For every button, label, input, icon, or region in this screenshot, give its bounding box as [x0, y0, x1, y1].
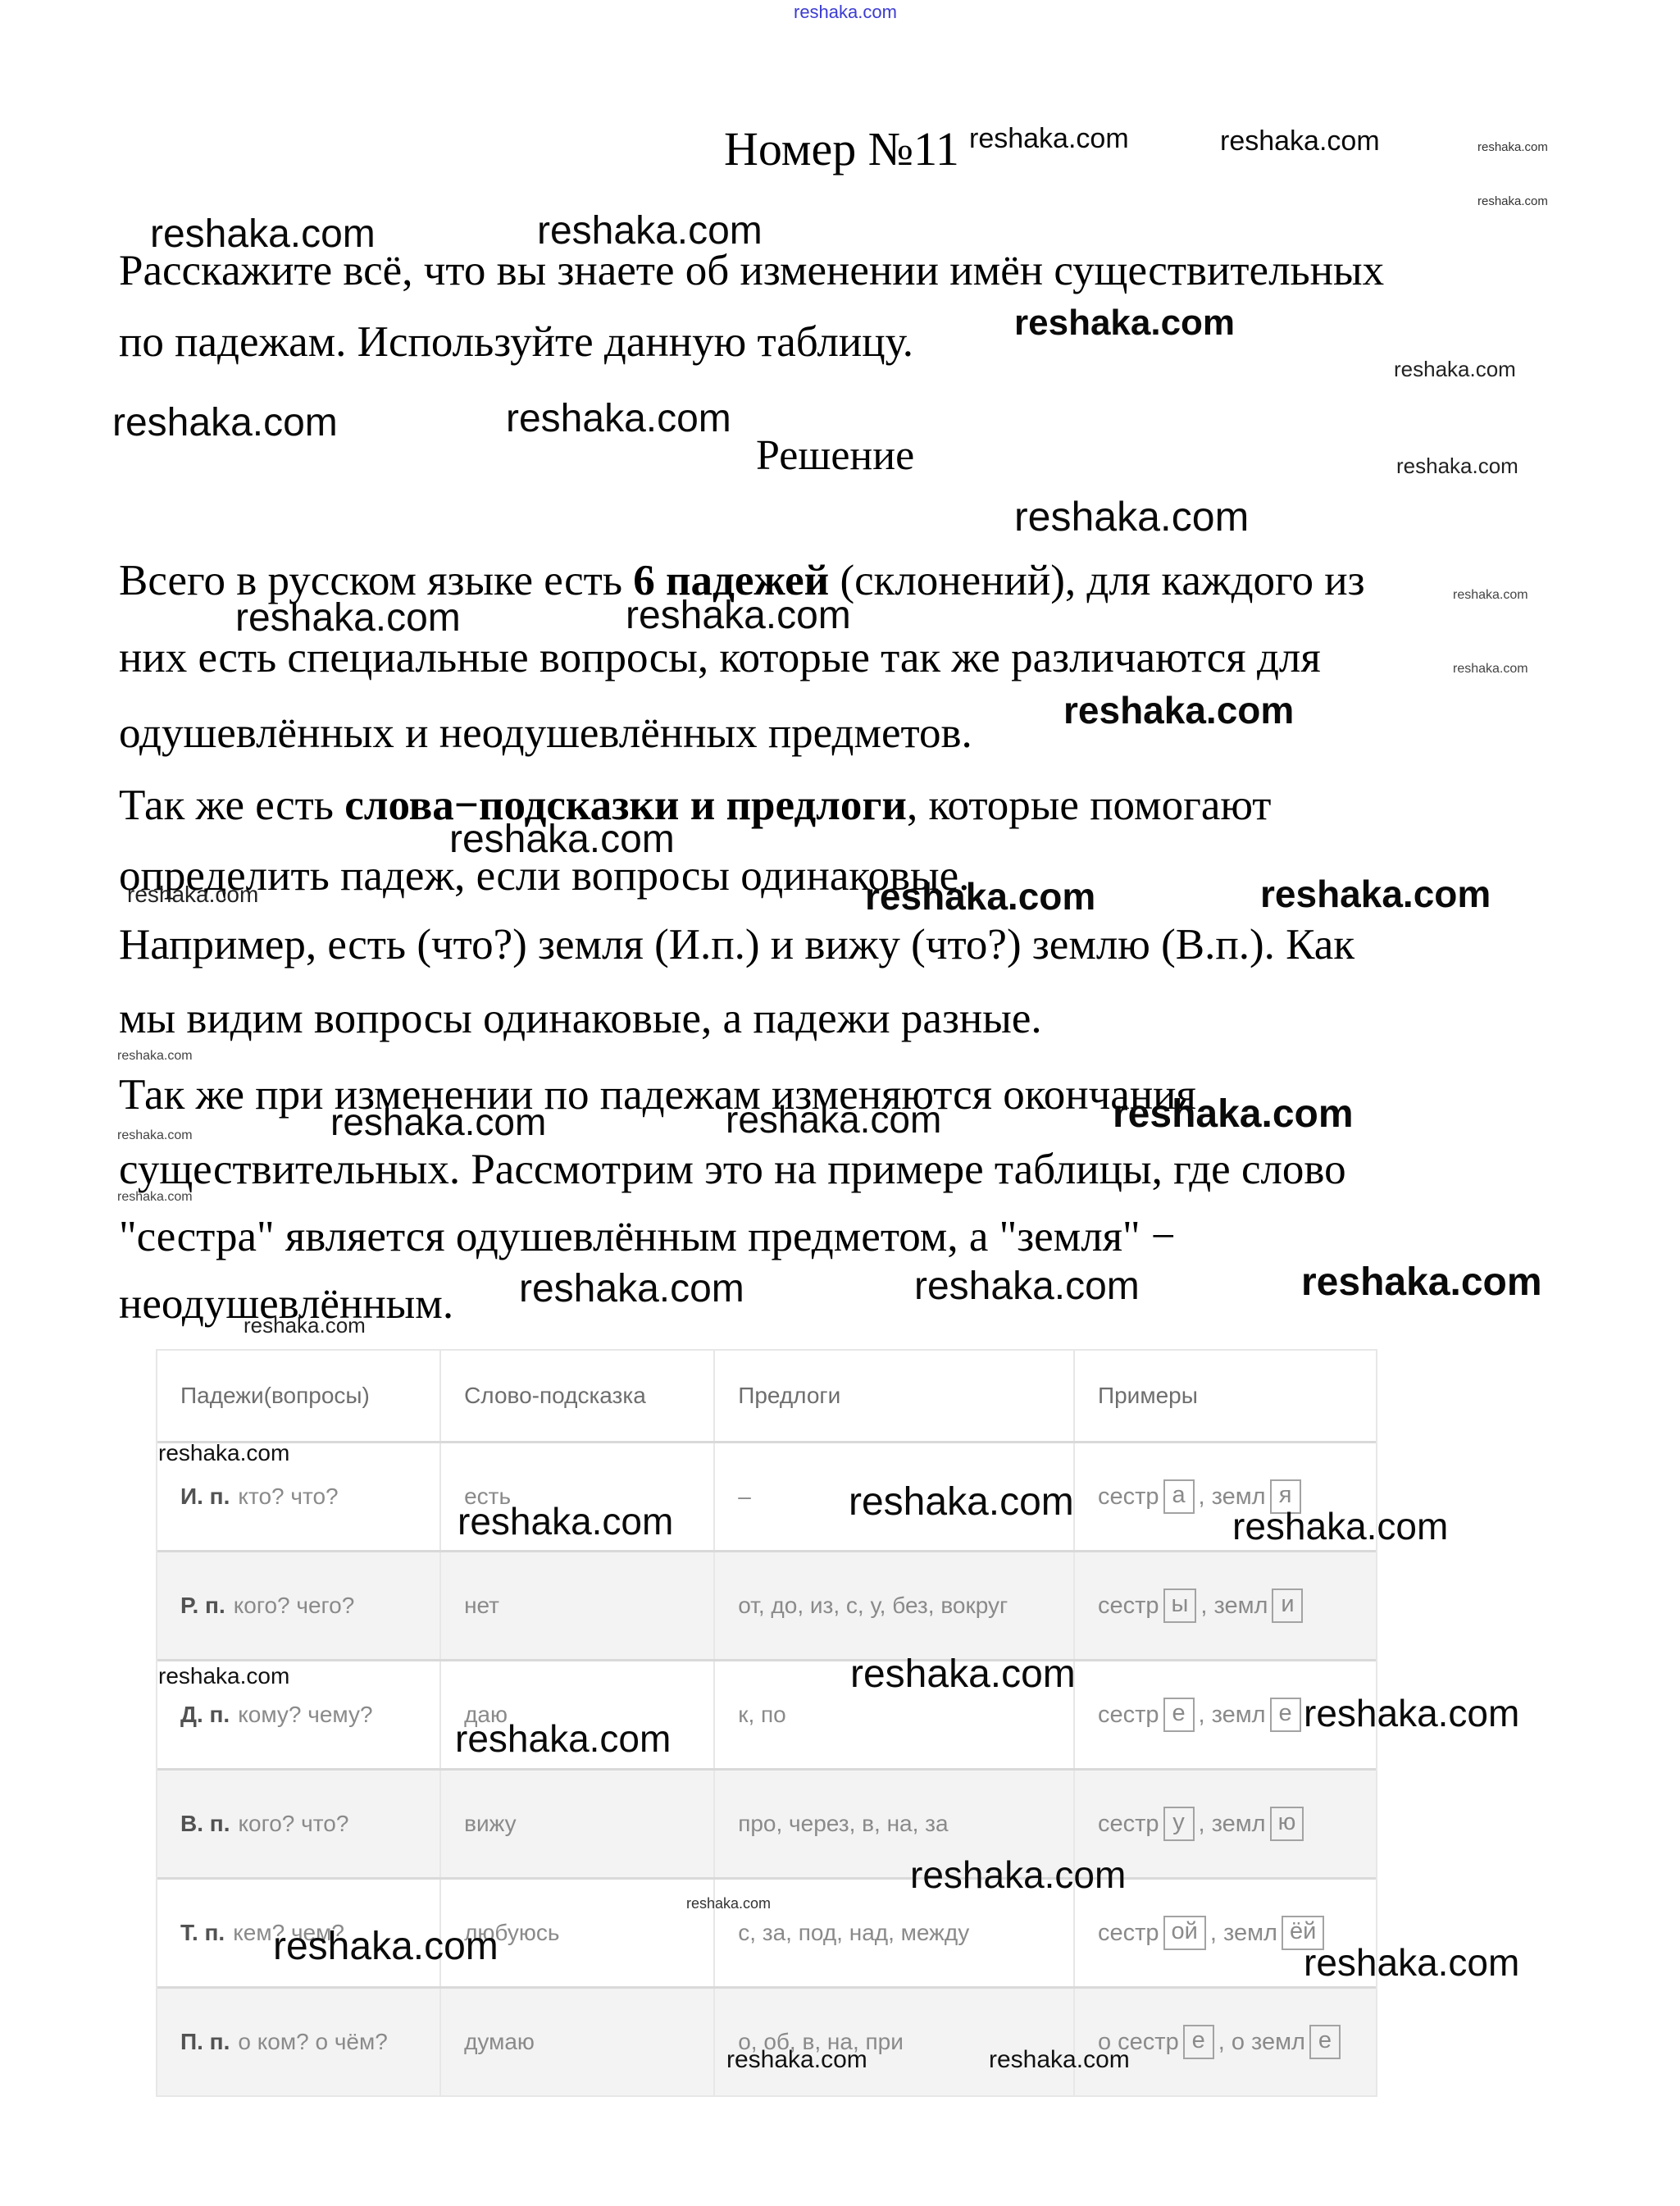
- solution-heading: Решение: [756, 431, 914, 480]
- watermark: reshaka.com: [1014, 305, 1235, 341]
- watermark: reshaka.com: [537, 212, 763, 251]
- ending-box: е: [1309, 2025, 1341, 2058]
- ending-box: у: [1163, 1807, 1195, 1840]
- watermark: reshaka.com: [969, 125, 1129, 153]
- ending-box: ю: [1270, 1807, 1304, 1840]
- prepositions-cell: о, об, в, на, при: [713, 1989, 1073, 2095]
- question-line: по падежам. Используйте данную таблицу.: [119, 317, 913, 367]
- watermark: reshaka.com: [849, 1483, 1074, 1522]
- watermark: reshaka.com: [158, 1442, 289, 1465]
- watermark: reshaka.com: [1063, 691, 1294, 729]
- table-row: Д. п.кому? чему? даю к, по сестре, земле: [157, 1659, 1376, 1768]
- watermark: reshaka.com: [330, 1103, 546, 1141]
- solution-line: одушевлённых и неодушевлённых предметов.: [119, 709, 972, 759]
- ending-box: ы: [1163, 1588, 1197, 1622]
- watermark: reshaka.com: [112, 403, 338, 443]
- watermark: reshaka.com: [506, 399, 731, 439]
- case-cell: Р. п.кого? чего?: [157, 1552, 439, 1659]
- watermark: reshaka.com: [1477, 141, 1548, 153]
- solution-line: Например, есть (что?) земля (И.п.) и виж…: [119, 920, 1354, 970]
- table-row: В. п.кого? что? вижу про, через, в, на, …: [157, 1768, 1376, 1877]
- ending-box: а: [1163, 1479, 1195, 1513]
- prepositions-cell: от, до, из, с, у, без, вокруг: [713, 1552, 1073, 1659]
- table-header-cell: Примеры: [1073, 1351, 1376, 1441]
- watermark: reshaka.com: [117, 1129, 193, 1142]
- watermark: reshaka.com: [1301, 1263, 1542, 1302]
- watermark: reshaka.com: [244, 1315, 366, 1336]
- watermark: reshaka.com: [1232, 1507, 1448, 1545]
- watermark: reshaka.com: [1304, 1944, 1519, 1981]
- watermark: reshaka.com: [117, 1050, 193, 1063]
- watermark: reshaka.com: [1394, 358, 1516, 380]
- watermark: reshaka.com: [1477, 195, 1548, 207]
- case-cell: В. п.кого? что?: [157, 1771, 439, 1877]
- solution-line: существительных. Рассмотрим это на приме…: [119, 1145, 1346, 1195]
- watermark: reshaka.com: [158, 1665, 289, 1688]
- table-header-cell: Слово-подсказка: [439, 1351, 713, 1441]
- watermark: reshaka.com: [989, 2048, 1130, 2072]
- watermark: reshaka.com: [117, 1191, 193, 1204]
- example-cell: о сестре, о земле: [1073, 1989, 1376, 2095]
- solution-line: Так же при изменении по падежам изменяют…: [119, 1070, 1196, 1120]
- watermark: reshaka.com: [1113, 1095, 1354, 1134]
- hint-cell: вижу: [439, 1771, 713, 1877]
- example-cell: сестры, земли: [1073, 1552, 1376, 1659]
- watermark: reshaka.com: [1304, 1694, 1519, 1732]
- watermark: reshaka.com: [850, 1655, 1076, 1694]
- ending-box: е: [1270, 1698, 1301, 1731]
- watermark: reshaka.com: [150, 215, 376, 254]
- table-header-cell: Падежи(вопросы): [157, 1351, 439, 1441]
- watermark: reshaka.com: [455, 1720, 671, 1757]
- watermark: reshaka.com: [626, 596, 851, 636]
- watermark: reshaka.com: [273, 1927, 499, 1967]
- document-page: Номер №11 Расскажите всё, что вы знаете …: [0, 0, 1680, 2206]
- solution-line: Так же есть слова−подсказки и предлоги, …: [119, 781, 1271, 831]
- solution-line: "сестра" является одушевлённым предметом…: [119, 1212, 1176, 1262]
- watermark: reshaka.com: [458, 1502, 673, 1540]
- page-title: Номер №11: [724, 121, 959, 176]
- case-cell: П. п.о ком? о чём?: [157, 1989, 439, 2095]
- table-row: П. п.о ком? о чём? думаю о, об, в, на, п…: [157, 1986, 1376, 2095]
- solution-line: них есть специальные вопросы, которые та…: [119, 633, 1321, 683]
- watermark: reshaka.com: [686, 1896, 771, 1911]
- hint-cell: нет: [439, 1552, 713, 1659]
- hint-cell: думаю: [439, 1989, 713, 2095]
- watermark: reshaka.com: [726, 1101, 941, 1138]
- table-header-cell: Предлоги: [713, 1351, 1073, 1441]
- watermark: reshaka.com: [235, 599, 461, 638]
- table-row: Р. п.кого? чего? нет от, до, из, с, у, б…: [157, 1550, 1376, 1659]
- watermark: reshaka.com: [1260, 875, 1491, 913]
- watermark: reshaka.com: [914, 1267, 1140, 1306]
- solution-line: мы видим вопросы одинаковые, а падежи ра…: [119, 994, 1042, 1044]
- watermark: reshaka.com: [865, 877, 1095, 915]
- watermark: reshaka.com: [794, 3, 897, 21]
- watermark: reshaka.com: [1220, 127, 1380, 155]
- ending-box: ой: [1163, 1916, 1206, 1949]
- watermark: reshaka.com: [1396, 455, 1518, 476]
- watermark: reshaka.com: [519, 1269, 744, 1309]
- watermark: reshaka.com: [1453, 589, 1528, 602]
- cases-table: Падежи(вопросы) Слово-подсказка Предлоги…: [156, 1349, 1377, 2097]
- watermark: reshaka.com: [1453, 663, 1528, 676]
- table-header-row: Падежи(вопросы) Слово-подсказка Предлоги…: [157, 1351, 1376, 1441]
- watermark: reshaka.com: [1014, 496, 1249, 537]
- watermark: reshaka.com: [910, 1856, 1126, 1894]
- table-row: И. п.кто? что? есть – сестра, земля: [157, 1441, 1376, 1550]
- watermark: reshaka.com: [726, 2048, 867, 2072]
- ending-box: е: [1163, 1698, 1195, 1731]
- ending-box: е: [1183, 2025, 1214, 2058]
- watermark: reshaka.com: [127, 883, 258, 906]
- watermark: reshaka.com: [449, 820, 675, 859]
- ending-box: и: [1272, 1588, 1303, 1622]
